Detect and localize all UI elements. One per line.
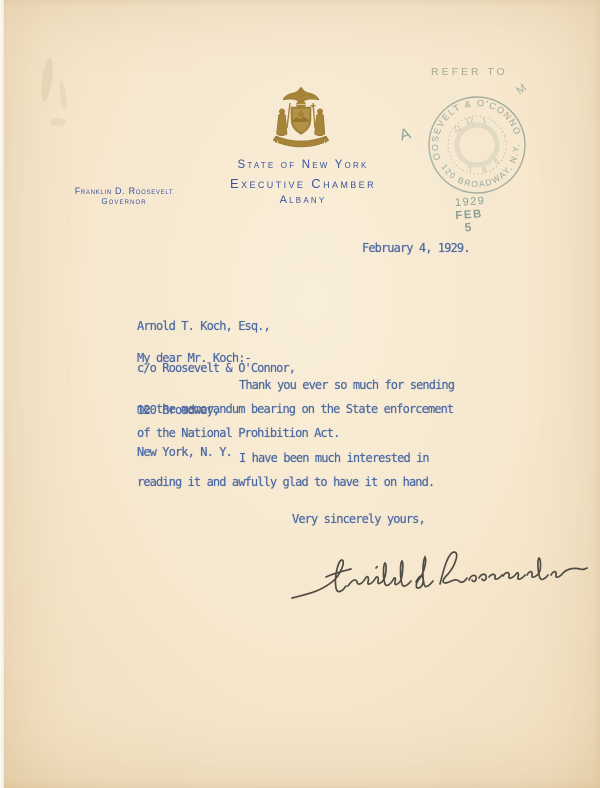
paper-smudge	[39, 58, 55, 103]
sender-name: Franklin D. Roosevelt	[58, 186, 190, 196]
closing-line: Very sincerely yours,	[292, 512, 425, 526]
franklin-d-roosevelt-signature	[288, 548, 590, 612]
body-line: of the National Prohibition Act.	[137, 426, 339, 440]
date-line: February 4, 1929.	[362, 241, 470, 255]
body-line: me the memorandum bearing on the State e…	[137, 402, 453, 416]
scan-edge	[0, 0, 4, 788]
letter-paper: State of New York Executive Chamber Alba…	[0, 0, 600, 788]
received-date-stamp: ROOSEVELT & O'CONNOR 120 BROADWAY, N.Y. …	[393, 53, 600, 243]
new-york-coat-of-arms-seal	[263, 86, 339, 154]
body-line: reading it and awfully glad to have it o…	[137, 475, 434, 489]
sender-block: Franklin D. Roosevelt Governor	[58, 186, 190, 206]
stamp-date: 1929 FEB 5	[454, 195, 488, 235]
paper-smudge	[58, 80, 67, 110]
salutation: My dear Mr. Koch:-	[137, 351, 251, 365]
paper-smudge	[50, 118, 66, 126]
clock-number: 5	[493, 157, 500, 167]
stamp-year: 1929	[455, 195, 486, 209]
clock-number: 6	[481, 164, 488, 174]
body-line: I have been much interested in	[239, 451, 429, 465]
stamp-day: 5	[464, 220, 472, 234]
stamp-am-left: A	[398, 125, 413, 144]
stamp-am-right: M	[514, 82, 528, 97]
body-line: Thank you ever so much for sending	[239, 378, 454, 392]
sender-title: Governor	[58, 197, 190, 206]
recipient-line: Arnold T. Koch, Esq.,	[137, 319, 295, 333]
